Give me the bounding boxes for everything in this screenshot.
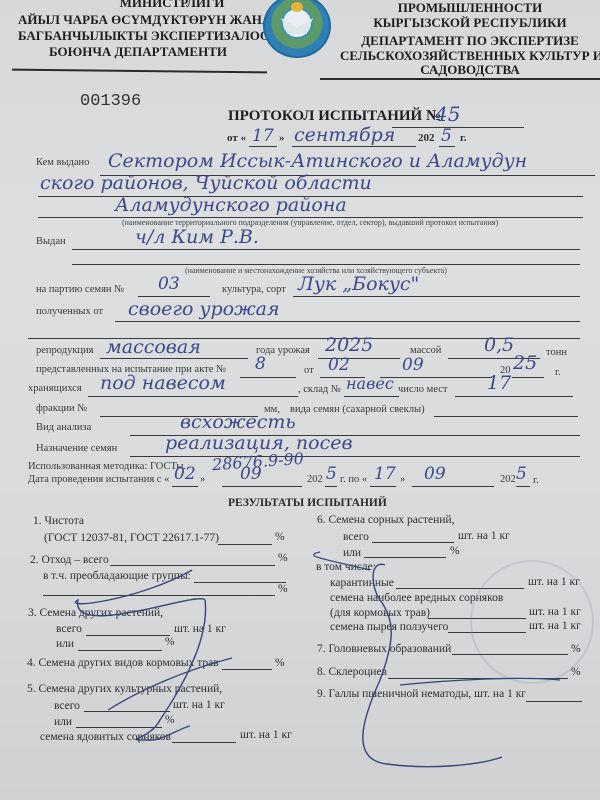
method-label: Использованная методика: ГОСТы. (28, 461, 186, 472)
result-6-total-label: всего (343, 531, 369, 543)
result-3-title: 3. Семена других растений, (28, 607, 163, 619)
result-7-title: 7. Головневых образований (317, 643, 451, 655)
result-6-total-unit: шт. на 1 кг (458, 530, 510, 542)
purpose-line (130, 456, 580, 457)
reproduction-label: репродукция (36, 345, 94, 356)
result-3-total-line (86, 635, 170, 636)
act-day: 02 (328, 355, 350, 375)
result-2-line (110, 565, 275, 566)
test-protocol-document: МИНИСТРЛИГИ АЙЫЛ ЧАРБА ӨСҮМДҮКТӨРҮН ЖАНА… (0, 0, 600, 800)
result-2-sub: в т.ч. преобладающие группы: (43, 570, 191, 582)
warehouse-line (344, 396, 399, 397)
result-3-total-unit: шт. на 1 кг (174, 623, 226, 635)
test-to-day-close: » (400, 474, 405, 485)
result-6-or-line (364, 557, 446, 558)
header-left-line3: БОЮНЧА ДЕПАРТАМЕНТИ (18, 45, 258, 59)
seed-type-line (434, 416, 578, 417)
result-2-sub-unit: % (278, 583, 288, 595)
test-to-year-digit: 5 (516, 464, 527, 484)
result-5-total-label: всего (54, 700, 80, 712)
result-6-quarantine-label: карантинные (330, 577, 394, 589)
result-6-or-label: или (343, 547, 361, 559)
protocol-number: 45 (435, 102, 460, 126)
result-2-sub-line1 (194, 582, 286, 583)
result-5-or-unit: % (165, 714, 175, 726)
places-label: число мест (398, 384, 448, 395)
result-6-total-line (372, 542, 454, 543)
act-from-label: от (304, 365, 314, 376)
test-to-day: 17 (374, 464, 396, 484)
result-2-sub-line2 (43, 595, 275, 596)
result-4-title: 4. Семена других видов кормовых трав (27, 657, 219, 669)
header-left-line1: АЙЫЛ ЧАРБА ӨСҮМДҮКТӨРҮН ЖАНА (18, 13, 258, 27)
act-value: 8 (255, 354, 266, 374)
act-year-suffix: г. (555, 367, 561, 378)
result-2-unit: % (278, 552, 288, 564)
test-to-month: 09 (424, 464, 446, 484)
mass-value: 0,5 (484, 334, 514, 356)
header-right-divider (320, 78, 600, 80)
protocol-year-prefix: 202 (418, 132, 435, 144)
test-to-suffix: г. (533, 475, 539, 486)
received-label: полученных от (36, 306, 103, 317)
culture-value: Лук „Бокус" (298, 273, 419, 295)
culture-label: культура, сорт (222, 284, 286, 295)
result-6-couch-label: семена пырея ползучего (330, 621, 448, 633)
stored-label: хранящихся (28, 383, 82, 394)
header-left-ministry-tail: МИНИСТРЛИГИ (92, 0, 252, 10)
protocol-year-digit: 5 (441, 126, 452, 146)
protocol-month-line (292, 146, 416, 147)
result-6-title: 6. Семена сорных растений, (317, 514, 454, 526)
mass-unit: тонн (546, 347, 567, 358)
issued-to-line2 (72, 264, 580, 265)
faint-stamp-icon (470, 560, 594, 684)
issued-by-value-line3: Аламудунского района (115, 194, 347, 216)
test-to-label: г. по « (340, 474, 367, 485)
fraction-label: фракции № (36, 403, 87, 414)
header-right-line5: САДОВОДСТВА (340, 63, 600, 77)
culture-line (293, 296, 580, 297)
result-5-or-line (76, 727, 162, 728)
result-5-total-line (84, 711, 170, 712)
header-right-line1: ПРОМЫШЛЕННОСТИ (370, 1, 570, 15)
harvest-year-value: 2025 (325, 334, 373, 356)
protocol-date-prefix: от « (227, 132, 246, 144)
test-from-year-line (325, 486, 337, 487)
protocol-day-close: » (279, 132, 285, 144)
test-to-day-line (370, 486, 396, 487)
protocol-title: ПРОТОКОЛ ИСПЫТАНИЙ № (228, 108, 441, 125)
protocol-month: сентября (294, 124, 395, 146)
result-1-unit: % (275, 531, 285, 543)
protocol-day: 17 (252, 126, 274, 146)
result-6-or-unit: % (450, 545, 460, 557)
result-1-title: 1. Чистота (33, 515, 84, 527)
test-from-day-line (172, 486, 198, 487)
reproduction-value: массовая (106, 336, 201, 358)
result-6-incl-label: в том числе: (316, 561, 376, 573)
batch-line (138, 296, 210, 297)
result-5-total-unit: шт. на 1 кг (173, 699, 225, 711)
result-1-sub: (ГОСТ 12037-81, ГОСТ 22617.1-77) (44, 532, 219, 544)
purpose-label: Назначение семян (36, 443, 117, 454)
result-3-or-line (78, 650, 162, 651)
analysis-label: Вид анализа (36, 422, 91, 433)
result-3-or-unit: % (165, 636, 175, 648)
reproduction-line (100, 358, 248, 359)
test-to-year-line (516, 486, 530, 487)
header-left-divider (12, 69, 267, 74)
serial-number: 001396 (80, 92, 141, 111)
result-2-title: 2. Отход – всего (30, 554, 109, 566)
issued-to-value: ч/л Ким Р.В. (135, 226, 259, 248)
result-5-poison-unit: шт. на 1 кг (240, 729, 292, 741)
places-line (455, 396, 573, 397)
protocol-day-line (249, 146, 277, 147)
stored-line (88, 396, 298, 397)
test-from-day: 02 (174, 464, 196, 484)
result-1-line (218, 544, 272, 545)
act-year-value: 25 (513, 352, 537, 374)
test-from-month-line (222, 486, 302, 487)
state-emblem-icon (263, 0, 331, 58)
protocol-year-line (439, 146, 455, 147)
seed-type-label: вида семян (сахарной свеклы) (290, 404, 425, 415)
act-line (240, 377, 296, 378)
result-5-title: 5. Семена других культурных растений, (27, 683, 222, 695)
warehouse-label: , склад № (298, 384, 341, 395)
act-month-line (380, 377, 492, 378)
test-dates-label: Дата проведения испытания с « (28, 474, 169, 485)
purpose-value: реализация, посев (165, 432, 353, 454)
act-month: 09 (402, 355, 424, 375)
result-4-line (222, 669, 272, 670)
test-from-day-close: » (200, 474, 205, 485)
issued-to-label: Выдан (36, 236, 66, 247)
result-5-poison-line (172, 742, 236, 743)
header-right-line2: КЫРГЫЗСКОЙ РЕСПУБЛИКИ (370, 16, 570, 30)
batch-label: на партию семян № (36, 284, 124, 295)
result-6-harmful-label-2: (для кормовых трав) (330, 607, 430, 619)
test-from-year-prefix: 202 (307, 474, 323, 485)
test-to-year-prefix: 202 (500, 474, 516, 485)
header-left-line2: БАГБАНЧЫЛЫКТЫ ЭКСПЕРТИЗАЛОО (18, 29, 258, 43)
received-value: своего урожая (128, 298, 280, 320)
issued-to-line1 (72, 249, 580, 250)
analysis-value: всхожесть (180, 411, 296, 433)
result-5-or-label: или (54, 716, 72, 728)
test-to-month-line (412, 486, 494, 487)
test-from-month: 09 (240, 464, 262, 484)
protocol-year-suffix: г. (460, 132, 467, 144)
issued-by-value-line1: Сектором Иссык-Атинского и Аламудун (108, 150, 527, 172)
result-3-or-label: или (56, 638, 74, 650)
issued-by-value-line2: ского районов, Чуйской области (40, 172, 372, 194)
result-8-title: 8. Склероциев (317, 666, 387, 678)
warehouse-value: навес (346, 374, 394, 393)
test-from-year-digit: 5 (326, 464, 337, 484)
results-title: РЕЗУЛЬТАТЫ ИСПЫТАНИЙ (228, 497, 387, 509)
batch-value: 03 (158, 274, 180, 294)
result-3-total-label: всего (56, 623, 82, 635)
act-year-line (512, 377, 544, 378)
protocol-number-line (392, 127, 524, 128)
stored-value: под навесом (100, 372, 226, 394)
result-9-line (526, 701, 582, 702)
received-line1 (115, 321, 580, 322)
issued-by-label: Кем выдано (36, 157, 89, 168)
result-9-title: 9. Галлы пшеничной нематоды, шт. на 1 кг (317, 688, 526, 700)
result-4-unit: % (275, 657, 285, 669)
result-5-poison-label: семена ядовитых сорняков (40, 731, 171, 743)
header-right-line4: СЕЛЬСКОХОЗЯЙСТВЕННЫХ КУЛЬТУР И (340, 49, 600, 63)
header-right-line3: ДЕПАРТАМЕНТ ПО ЭКСПЕРТИЗЕ (340, 34, 600, 48)
places-value: 17 (487, 372, 511, 394)
